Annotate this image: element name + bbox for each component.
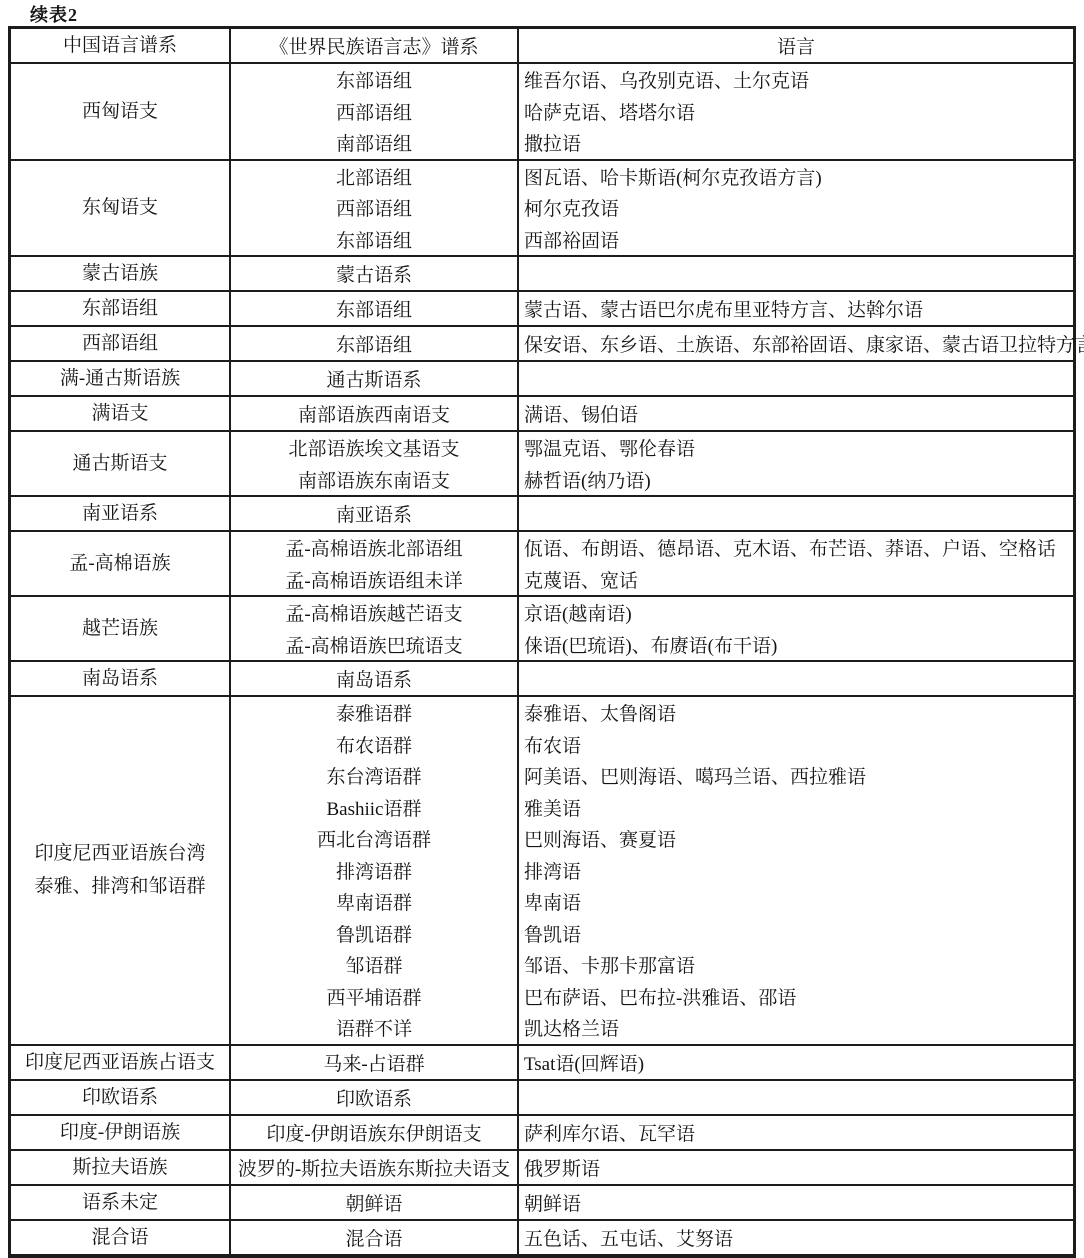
languages-cell: 五色话、五屯话、艾努语 — [519, 1221, 1073, 1254]
languages-line: 凯达格兰语 — [519, 1012, 1073, 1044]
group-line: 北部语族埃文基语支 — [231, 432, 517, 464]
languages-line: 蒙古语、蒙古语巴尔虎布里亚特方言、达斡尔语 — [519, 293, 1073, 325]
family-cell: 斯拉夫语族 — [11, 1151, 231, 1184]
group-line: 北部语组 — [231, 161, 517, 193]
languages-cell: 京语(越南语)俫语(巴琉语)、布赓语(布干语) — [519, 597, 1073, 660]
group-cell: 孟-高棉语族越芒语支孟-高棉语族巴琉语支 — [231, 597, 519, 660]
languages-cell — [519, 662, 1073, 695]
scanned-page: 续表2 中国语言谱系 《世界民族语言志》谱系 语言 西匈语支东部语组西部语组南部… — [0, 0, 1084, 1242]
table-row: 满-通古斯语族通古斯语系 — [11, 360, 1073, 395]
languages-line: 鲁凯语 — [519, 918, 1073, 950]
group-cell: 南部语族西南语支 — [231, 397, 519, 430]
languages-line: 卑南语 — [519, 886, 1073, 918]
group-line: 卑南语群 — [231, 886, 517, 918]
group-line: 东部语组 — [231, 224, 517, 256]
group-cell: 马来-占语群 — [231, 1046, 519, 1079]
languages-line: 阿美语、巴则海语、噶玛兰语、西拉雅语 — [519, 760, 1073, 792]
group-line: 蒙古语系 — [231, 258, 517, 290]
family-cell: 印度-伊朗语族 — [11, 1116, 231, 1149]
languages-cell: 维吾尔语、乌孜别克语、土尔克语哈萨克语、塔塔尔语撒拉语 — [519, 64, 1073, 159]
group-line: 南部语组 — [231, 127, 517, 159]
group-line: 南部语族西南语支 — [231, 398, 517, 430]
languages-line: 雅美语 — [519, 792, 1073, 824]
languages-line: Tsat语(回辉语) — [519, 1046, 1073, 1078]
family-cell: 通古斯语支 — [11, 432, 231, 495]
table-row: 蒙古语族蒙古语系 — [11, 255, 1073, 290]
languages-line: 克蔑语、宽话 — [519, 564, 1073, 596]
group-line: 语群不详 — [231, 1012, 517, 1044]
group-line: 西北台湾语群 — [231, 823, 517, 855]
group-line: 东部语组 — [231, 293, 517, 325]
group-line: 南岛语系 — [231, 663, 517, 695]
languages-line: 满语、锡伯语 — [519, 398, 1073, 430]
col-header-china-phylogeny: 中国语言谱系 — [11, 29, 231, 62]
languages-cell: 图瓦语、哈卡斯语(柯尔克孜语方言)柯尔克孜语西部裕固语 — [519, 161, 1073, 256]
table-body: 西匈语支东部语组西部语组南部语组维吾尔语、乌孜别克语、土尔克语哈萨克语、塔塔尔语… — [11, 62, 1073, 1254]
group-cell: 通古斯语系 — [231, 362, 519, 395]
table-row: 越芒语族孟-高棉语族越芒语支孟-高棉语族巴琉语支京语(越南语)俫语(巴琉语)、布… — [11, 595, 1073, 660]
group-line: 东部语组 — [231, 64, 517, 96]
group-line: Bashiic语群 — [231, 792, 517, 824]
languages-line: 萨利库尔语、瓦罕语 — [519, 1116, 1073, 1148]
languages-line — [519, 498, 1073, 530]
languages-line: 布农语 — [519, 729, 1073, 761]
table-row: 混合语混合语五色话、五屯话、艾努语 — [11, 1219, 1073, 1254]
languages-line: 维吾尔语、乌孜别克语、土尔克语 — [519, 64, 1073, 96]
languages-line: 五色话、五屯话、艾努语 — [519, 1221, 1073, 1253]
group-line: 波罗的-斯拉夫语族东斯拉夫语支 — [231, 1151, 517, 1183]
group-line: 布农语群 — [231, 729, 517, 761]
languages-line: 佤语、布朗语、德昂语、克木语、布芒语、莽语、户语、空格话 — [519, 532, 1073, 564]
languages-line: 撒拉语 — [519, 127, 1073, 159]
languages-cell: 蒙古语、蒙古语巴尔虎布里亚特方言、达斡尔语 — [519, 292, 1073, 325]
group-line: 孟-高棉语族北部语组 — [231, 532, 517, 564]
col-header-world-ethnolog-phylogeny: 《世界民族语言志》谱系 — [231, 29, 519, 62]
languages-line: 鄂温克语、鄂伦春语 — [519, 432, 1073, 464]
table-row: 印度尼西亚语族台湾 泰雅、排湾和邹语群泰雅语群布农语群东台湾语群Bashiic语… — [11, 695, 1073, 1044]
group-line: 混合语 — [231, 1221, 517, 1253]
family-cell: 越芒语族 — [11, 597, 231, 660]
languages-cell: 朝鲜语 — [519, 1186, 1073, 1219]
group-line: 孟-高棉语族语组未详 — [231, 564, 517, 596]
group-line: 印欧语系 — [231, 1081, 517, 1113]
table-row: 西匈语支东部语组西部语组南部语组维吾尔语、乌孜别克语、土尔克语哈萨克语、塔塔尔语… — [11, 62, 1073, 159]
group-cell: 北部语族埃文基语支南部语族东南语支 — [231, 432, 519, 495]
family-cell: 西匈语支 — [11, 64, 231, 159]
family-cell: 东部语组 — [11, 292, 231, 325]
table-row: 孟-高棉语族孟-高棉语族北部语组孟-高棉语族语组未详佤语、布朗语、德昂语、克木语… — [11, 530, 1073, 595]
languages-line: 排湾语 — [519, 855, 1073, 887]
group-line: 西平埔语群 — [231, 981, 517, 1013]
languages-line — [519, 363, 1073, 395]
table-row: 东部语组东部语组蒙古语、蒙古语巴尔虎布里亚特方言、达斡尔语 — [11, 290, 1073, 325]
family-cell: 印欧语系 — [11, 1081, 231, 1114]
table-caption: 续表2 — [30, 1, 78, 27]
family-cell: 南岛语系 — [11, 662, 231, 695]
family-cell: 孟-高棉语族 — [11, 532, 231, 595]
table-row: 东匈语支北部语组西部语组东部语组图瓦语、哈卡斯语(柯尔克孜语方言)柯尔克孜语西部… — [11, 159, 1073, 256]
languages-line: 赫哲语(纳乃语) — [519, 464, 1073, 496]
table-row: 南岛语系南岛语系 — [11, 660, 1073, 695]
table-header-row: 中国语言谱系 《世界民族语言志》谱系 语言 — [11, 29, 1073, 62]
languages-cell: 萨利库尔语、瓦罕语 — [519, 1116, 1073, 1149]
group-cell: 东部语组 — [231, 292, 519, 325]
table-row: 斯拉夫语族波罗的-斯拉夫语族东斯拉夫语支俄罗斯语 — [11, 1149, 1073, 1184]
table-row: 南亚语系南亚语系 — [11, 495, 1073, 530]
languages-line: 俄罗斯语 — [519, 1151, 1073, 1183]
languages-line: 柯尔克孜语 — [519, 192, 1073, 224]
group-line: 孟-高棉语族巴琉语支 — [231, 629, 517, 661]
family-cell: 满语支 — [11, 397, 231, 430]
group-line: 南部语族东南语支 — [231, 464, 517, 496]
languages-line — [519, 663, 1073, 695]
languages-line: 巴则海语、赛夏语 — [519, 823, 1073, 855]
languages-line: 巴布萨语、巴布拉-洪雅语、邵语 — [519, 981, 1073, 1013]
col-header-languages: 语言 — [519, 29, 1073, 62]
group-cell: 泰雅语群布农语群东台湾语群Bashiic语群西北台湾语群排湾语群卑南语群鲁凯语群… — [231, 697, 519, 1044]
group-cell: 印度-伊朗语族东伊朗语支 — [231, 1116, 519, 1149]
table-row: 印欧语系印欧语系 — [11, 1079, 1073, 1114]
group-line: 东台湾语群 — [231, 760, 517, 792]
languages-line: 俫语(巴琉语)、布赓语(布干语) — [519, 629, 1073, 661]
languages-line: 西部裕固语 — [519, 224, 1073, 256]
languages-cell: 泰雅语、太鲁阁语布农语阿美语、巴则海语、噶玛兰语、西拉雅语雅美语巴则海语、赛夏语… — [519, 697, 1073, 1044]
group-cell: 孟-高棉语族北部语组孟-高棉语族语组未详 — [231, 532, 519, 595]
languages-line: 泰雅语、太鲁阁语 — [519, 697, 1073, 729]
family-cell: 印度尼西亚语族占语支 — [11, 1046, 231, 1079]
languages-cell — [519, 362, 1073, 395]
group-cell: 北部语组西部语组东部语组 — [231, 161, 519, 256]
group-cell: 印欧语系 — [231, 1081, 519, 1114]
group-line: 南亚语系 — [231, 498, 517, 530]
family-cell: 印度尼西亚语族台湾 泰雅、排湾和邹语群 — [11, 697, 231, 1044]
family-cell: 语系未定 — [11, 1186, 231, 1219]
languages-line — [519, 258, 1073, 290]
group-cell: 南亚语系 — [231, 497, 519, 530]
group-line: 西部语组 — [231, 96, 517, 128]
family-cell: 南亚语系 — [11, 497, 231, 530]
languages-line: 邹语、卡那卡那富语 — [519, 949, 1073, 981]
group-line: 泰雅语群 — [231, 697, 517, 729]
family-cell: 东匈语支 — [11, 161, 231, 256]
group-line: 排湾语群 — [231, 855, 517, 887]
group-line: 西部语组 — [231, 192, 517, 224]
group-cell: 东部语组西部语组南部语组 — [231, 64, 519, 159]
group-cell: 波罗的-斯拉夫语族东斯拉夫语支 — [231, 1151, 519, 1184]
languages-line: 保安语、东乡语、土族语、东部裕固语、康家语、蒙古语卫拉特方言 — [519, 328, 1084, 360]
languages-cell: 保安语、东乡语、土族语、东部裕固语、康家语、蒙古语卫拉特方言 — [519, 327, 1084, 360]
family-cell: 蒙古语族 — [11, 257, 231, 290]
group-cell: 朝鲜语 — [231, 1186, 519, 1219]
group-cell: 混合语 — [231, 1221, 519, 1254]
language-classification-table: 中国语言谱系 《世界民族语言志》谱系 语言 西匈语支东部语组西部语组南部语组维吾… — [8, 26, 1076, 1258]
group-line: 通古斯语系 — [231, 363, 517, 395]
table-row: 印度-伊朗语族印度-伊朗语族东伊朗语支萨利库尔语、瓦罕语 — [11, 1114, 1073, 1149]
languages-cell: 鄂温克语、鄂伦春语赫哲语(纳乃语) — [519, 432, 1073, 495]
languages-line: 哈萨克语、塔塔尔语 — [519, 96, 1073, 128]
languages-cell — [519, 257, 1073, 290]
languages-cell: 满语、锡伯语 — [519, 397, 1073, 430]
table-row: 西部语组东部语组保安语、东乡语、土族语、东部裕固语、康家语、蒙古语卫拉特方言 — [11, 325, 1073, 360]
languages-cell — [519, 1081, 1073, 1114]
group-line: 印度-伊朗语族东伊朗语支 — [231, 1116, 517, 1148]
group-line: 孟-高棉语族越芒语支 — [231, 597, 517, 629]
group-line: 邹语群 — [231, 949, 517, 981]
family-cell: 西部语组 — [11, 327, 231, 360]
languages-cell — [519, 497, 1073, 530]
languages-cell: 俄罗斯语 — [519, 1151, 1073, 1184]
group-line: 东部语组 — [231, 328, 517, 360]
group-cell: 蒙古语系 — [231, 257, 519, 290]
languages-cell: Tsat语(回辉语) — [519, 1046, 1073, 1079]
table-row: 印度尼西亚语族占语支马来-占语群Tsat语(回辉语) — [11, 1044, 1073, 1079]
group-line: 鲁凯语群 — [231, 918, 517, 950]
group-line: 马来-占语群 — [231, 1046, 517, 1078]
languages-line — [519, 1081, 1073, 1113]
table-row: 满语支南部语族西南语支满语、锡伯语 — [11, 395, 1073, 430]
languages-line: 朝鲜语 — [519, 1186, 1073, 1218]
family-cell: 混合语 — [11, 1221, 231, 1254]
table-row: 语系未定朝鲜语朝鲜语 — [11, 1184, 1073, 1219]
table-row: 通古斯语支北部语族埃文基语支南部语族东南语支鄂温克语、鄂伦春语赫哲语(纳乃语) — [11, 430, 1073, 495]
group-cell: 南岛语系 — [231, 662, 519, 695]
group-line: 朝鲜语 — [231, 1186, 517, 1218]
languages-cell: 佤语、布朗语、德昂语、克木语、布芒语、莽语、户语、空格话克蔑语、宽话 — [519, 532, 1073, 595]
languages-line: 京语(越南语) — [519, 597, 1073, 629]
languages-line: 图瓦语、哈卡斯语(柯尔克孜语方言) — [519, 161, 1073, 193]
group-cell: 东部语组 — [231, 327, 519, 360]
family-cell: 满-通古斯语族 — [11, 362, 231, 395]
